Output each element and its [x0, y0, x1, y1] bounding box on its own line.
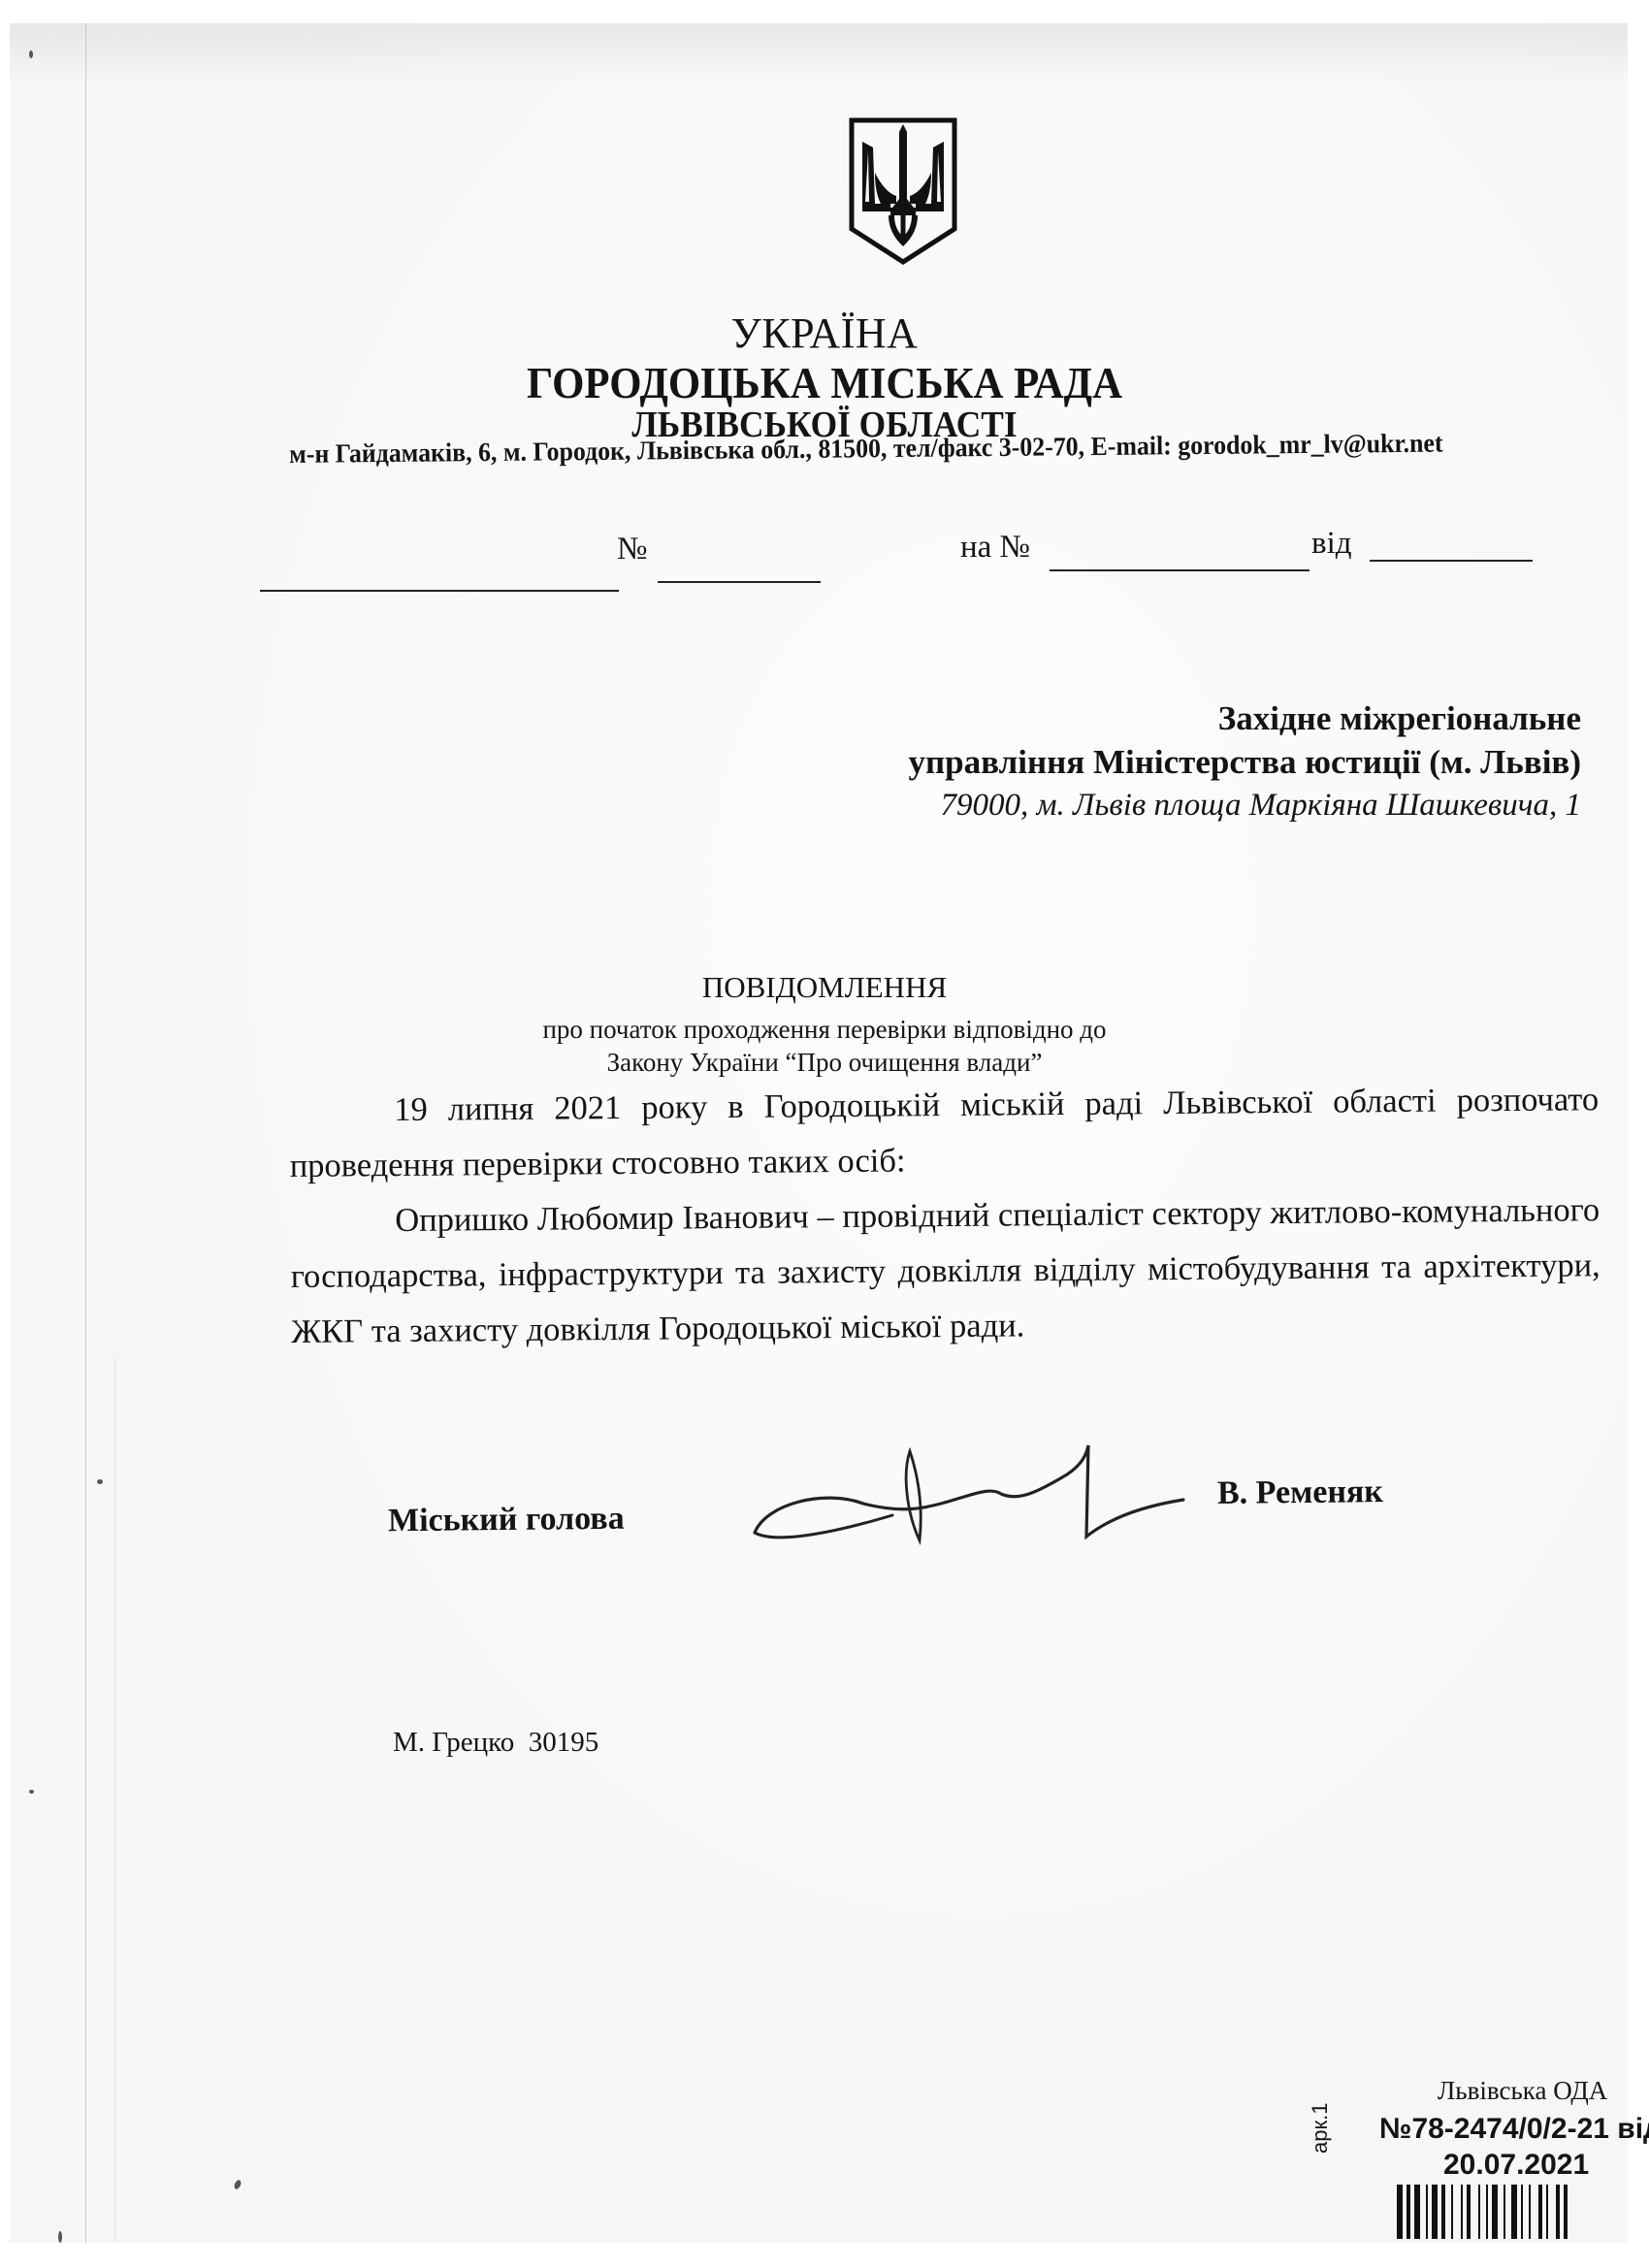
notice-title: ПОВІДОМЛЕННЯ [0, 970, 1649, 1005]
body-paragraph-date: 19 липня 2021 року в Городоцькій міській… [289, 1072, 1600, 1194]
outgoing-number-field [658, 581, 821, 583]
signatory-name: В. Ременяк [1217, 1474, 1383, 1512]
stamp-organization: Львівська ОДА [1438, 2076, 1607, 2106]
reply-to-date-label: від [1311, 526, 1352, 562]
reply-to-number-field [1050, 569, 1309, 571]
scan-artifact-line [114, 1358, 115, 2243]
notice-subtitle-line1: про початок проходження перевірки відпов… [0, 1015, 1649, 1045]
scan-speck [58, 2231, 62, 2243]
recipient-block: Західне міжрегіональне управління Мініст… [909, 697, 1581, 827]
stamp-registration-number: №78-2474/0/2-21 від [1379, 2113, 1649, 2146]
handwritten-signature-icon [747, 1436, 1193, 1552]
letterhead-country: УКРАЇНА [0, 308, 1649, 358]
scan-speck [97, 1479, 103, 1484]
letterhead-council-name: ГОРОДОЦЬКА МІСЬКА РАДА [58, 357, 1592, 408]
reply-to-number-label: на № [960, 530, 1030, 566]
scan-speck [29, 50, 33, 58]
outgoing-date-field [260, 590, 619, 592]
stamp-date: 20.07.2021 [1443, 2149, 1589, 2182]
registration-stamp: Львівська ОДА №78-2474/0/2-21 від 20.07.… [1329, 2076, 1649, 2246]
scan-speck [29, 1790, 34, 1794]
trident-emblem-icon [846, 114, 960, 266]
recipient-name-line2: управління Міністерства юстиції (м. Льві… [909, 740, 1581, 784]
executor-name: М. Грецко [393, 1727, 514, 1758]
outgoing-number-label: № [617, 532, 648, 567]
recipient-name-line1: Західне міжрегіональне [909, 697, 1581, 740]
executor-info: М. Грецко 30195 [393, 1727, 598, 1759]
stamp-sheet-count: арк.1 [1308, 2103, 1333, 2154]
notice-body: 19 липня 2021 року в Городоцькій міській… [289, 1072, 1600, 1360]
recipient-address: 79000, м. Львів площа Маркіяна Шашкевича… [909, 784, 1581, 827]
barcode-icon [1397, 2185, 1649, 2239]
reply-to-date-field [1370, 560, 1533, 562]
body-paragraph-person: Опришко Любомир Іванович – провідний спе… [290, 1183, 1600, 1360]
executor-phone: 30195 [529, 1727, 599, 1758]
signatory-role: Міський голова [388, 1501, 625, 1540]
